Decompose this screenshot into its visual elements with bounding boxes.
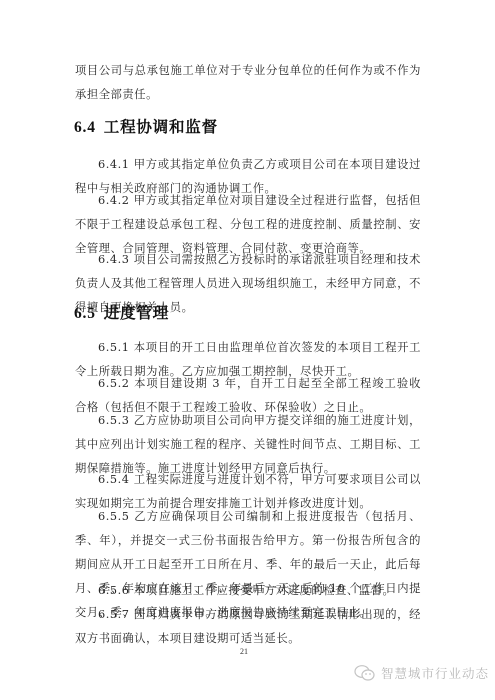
section-number: 6.4 bbox=[74, 119, 96, 136]
clause-id: 6.4.2 bbox=[98, 194, 130, 207]
continuation-paragraph: 项目公司与总承包施工单位对于专业分包单位的任何作为或不作为承担全部责任。 bbox=[75, 59, 421, 107]
page-number: 21 bbox=[240, 647, 248, 656]
clause-id: 6.5.4 bbox=[98, 473, 130, 486]
clause-id: 6.5.2 bbox=[98, 377, 130, 390]
document-page: 项目公司与总承包施工单位对于专业分包单位的任何作为或不作为承担全部责任。 6.4… bbox=[0, 0, 495, 700]
section-title: 工程协调和监督 bbox=[104, 117, 218, 136]
wechat-icon bbox=[354, 664, 376, 682]
clause-id: 6.4.3 bbox=[98, 253, 130, 266]
clause-id: 6.5.1 bbox=[98, 341, 130, 354]
section-heading-6-4: 6.4工程协调和监督 bbox=[74, 115, 218, 137]
section-title: 进度管理 bbox=[104, 303, 169, 322]
section-heading-6-5: 6.5进度管理 bbox=[74, 301, 169, 323]
clause-6-5-6: 6.5.6 本项目施工工作应接受甲方对进度的检查、监督。 bbox=[75, 579, 421, 603]
watermark: 智慧城市行业动态 bbox=[354, 664, 489, 682]
clause-text: 本项目施工工作应接受甲方对进度的检查、监督。 bbox=[134, 584, 395, 597]
clause-id: 6.4.1 bbox=[98, 158, 130, 171]
watermark-text: 智慧城市行业动态 bbox=[381, 664, 489, 682]
clause-id: 6.5.7 bbox=[98, 608, 130, 621]
clause-id: 6.5.5 bbox=[98, 510, 130, 523]
clause-id: 6.5.3 bbox=[98, 414, 130, 427]
clause-id: 6.5.6 bbox=[98, 584, 130, 597]
section-number: 6.5 bbox=[74, 305, 96, 322]
clause-6-5-7: 6.5.7 因可归责于甲方的原因导致的工期延误情形出现的，经双方书面确认，本项目… bbox=[75, 603, 421, 651]
